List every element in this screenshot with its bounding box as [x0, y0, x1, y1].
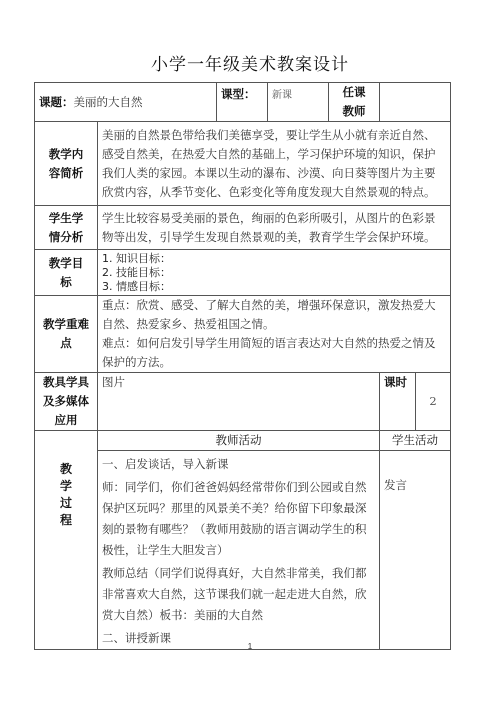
- teacher-activity-header: 教师活动: [98, 431, 380, 451]
- teacher-activity-cell: 一、启发谈话，导入新课 师：同学们，你们爸爸妈妈经常带你们到公园或自然保护区玩吗…: [98, 451, 380, 650]
- content-analysis-row: 教学内容简析 美丽的自然景色带给我们美德享受，要让学生从小就有亲近自然、感受自然…: [35, 122, 451, 206]
- header-row: 课题：美丽的大自然 课型： 新课 任课教师: [35, 83, 451, 122]
- student-analysis-label: 学生学情分析: [35, 206, 98, 250]
- process-label: 教学过程: [59, 461, 73, 529]
- process-label-cell: 教学过程: [35, 431, 98, 650]
- process-header-row: 教学过程 教师活动 学生活动: [35, 431, 451, 451]
- teacher-value: [380, 83, 451, 122]
- teacher-paragraph-3: 教师总结（同学们说得真好，大自然非常美，我们都非常喜欢大自然，这节课我们就一起走…: [102, 563, 375, 626]
- goals-list: 1. 知识目标： 2. 技能目标： 3. 情感目标：: [98, 250, 451, 296]
- difficult-point-text: 难点：如何启发引导学生用简短的语言表达对大自然的热爱之情及保护的方法。: [102, 334, 446, 372]
- type-label: 课型：: [221, 87, 256, 101]
- teacher-label: 任课教师: [329, 83, 380, 122]
- goals-row: 教学目标 1. 知识目标： 2. 技能目标： 3. 情感目标：: [35, 250, 451, 296]
- type-value: 新课: [272, 90, 292, 101]
- content-analysis-label: 教学内容简析: [35, 122, 98, 206]
- student-analysis-row: 学生学情分析 学生比较容易受美丽的景色，绚丽的色彩所吸引，从图片的色彩景物等出发…: [35, 206, 451, 250]
- key-point-text: 重点：欣赏、感受、了解大自然的美，增强环保意识，激发热爱大自然、热爱家乡、热爱祖…: [102, 296, 446, 334]
- hours-label: 课时: [380, 373, 416, 431]
- student-activity-text: 发言: [384, 478, 407, 492]
- teacher-paragraph-1: 一、启发谈话，导入新课: [102, 454, 375, 475]
- goals-label: 教学目标: [35, 250, 98, 296]
- key-points-row: 教学重难点 重点：欣赏、感受、了解大自然的美，增强环保意识，激发热爱大自然、热爱…: [35, 296, 451, 373]
- document-title: 小学一年级美术教案设计: [0, 50, 500, 75]
- key-points-cell: 重点：欣赏、感受、了解大自然的美，增强环保意识，激发热爱大自然、热爱家乡、热爱祖…: [98, 296, 451, 373]
- student-analysis-text: 学生比较容易受美丽的景色，绚丽的色彩所吸引，从图片的色彩景物等出发，引导学生发现…: [98, 206, 451, 250]
- topic-label: 课题：: [39, 95, 74, 109]
- teacher-paragraph-2: 师：同学们，你们爸爸妈妈经常带你们到公园或自然保护区玩吗？那里的风景美不美？给你…: [102, 477, 375, 561]
- goal-emotion: 3. 情感目标：: [102, 280, 446, 294]
- page-number: 1: [0, 642, 500, 651]
- lesson-plan-table: 课题：美丽的大自然 课型： 新课 任课教师 教学内容简析 美丽的自然景色带给我们…: [34, 82, 451, 650]
- hours-value: 2: [416, 373, 451, 431]
- topic-cell: 课题：美丽的大自然: [35, 83, 217, 122]
- student-activity-cell: 发言: [380, 451, 451, 650]
- content-analysis-text: 美丽的自然景色带给我们美德享受，要让学生从小就有亲近自然、感受自然美，在热爱大自…: [98, 122, 451, 206]
- tools-value: 图片: [98, 373, 380, 431]
- type-value-cell: 新课: [268, 83, 329, 122]
- student-activity-header: 学生活动: [380, 431, 451, 451]
- tools-row: 教具学具及多媒体应用 图片 课时 2: [35, 373, 451, 431]
- process-body-row: 一、启发谈话，导入新课 师：同学们，你们爸爸妈妈经常带你们到公园或自然保护区玩吗…: [35, 451, 451, 650]
- key-points-label: 教学重难点: [35, 296, 98, 373]
- goal-skill: 2. 技能目标：: [102, 266, 446, 280]
- tools-label: 教具学具及多媒体应用: [35, 373, 98, 431]
- topic-value: 美丽的大自然: [74, 95, 143, 109]
- goal-knowledge: 1. 知识目标：: [102, 252, 446, 266]
- type-label-cell: 课型：: [217, 83, 268, 122]
